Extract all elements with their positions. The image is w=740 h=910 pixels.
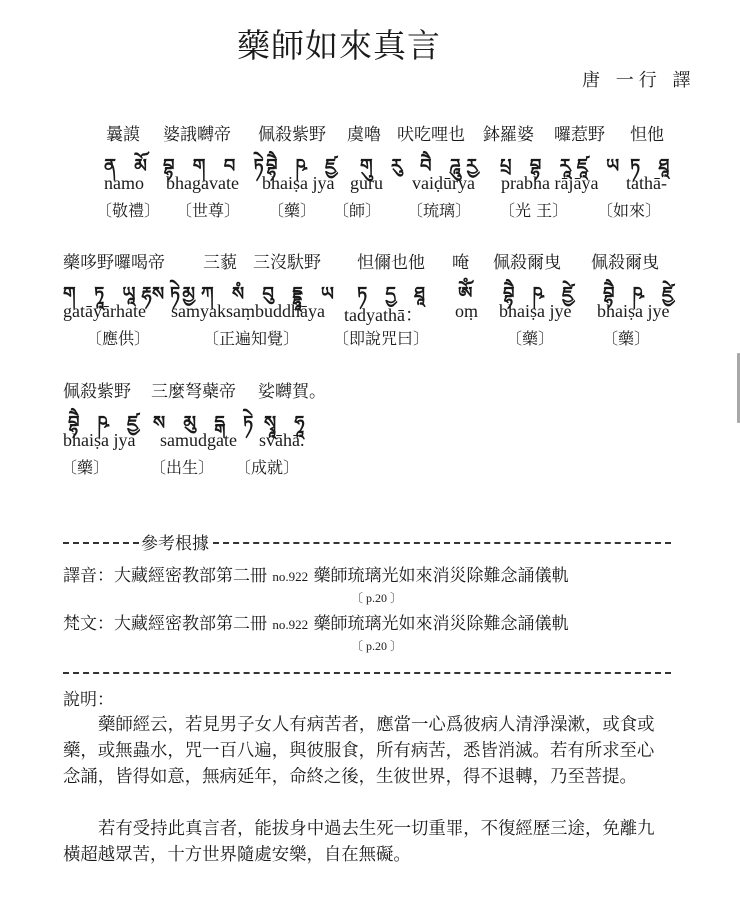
chinese-transliteration: 三沒馱野 — [253, 248, 321, 273]
romanized-sanskrit: bhaiṣa jya — [63, 430, 135, 451]
chinese-gloss: 〔藥〕 — [506, 326, 554, 349]
chinese-transliteration: 佩殺爾曳 — [493, 248, 561, 273]
chinese-transliteration: 婆誐嚩帝 — [163, 120, 231, 145]
romanized-sanskrit: svāhā. — [259, 430, 304, 451]
reference-label: 梵文：大藏經密教部第二冊 — [63, 614, 267, 634]
reference-number: no.922 — [272, 617, 308, 632]
chinese-gloss: 〔成就〕 — [235, 455, 299, 478]
reference-number: no.922 — [272, 569, 308, 584]
chinese-transliteration: 囉惹野 — [554, 120, 605, 145]
chinese-gloss: 〔藥〕 — [61, 455, 109, 478]
romanized-sanskrit: bhagavate — [166, 173, 239, 194]
romanized-sanskrit: bhaiṣa jye — [597, 301, 669, 322]
romanized-sanskrit: samudgate — [160, 430, 237, 451]
chinese-transliteration: 佩殺紫野 — [258, 120, 326, 145]
chinese-gloss: 〔世尊〕 — [176, 198, 240, 221]
chinese-gloss: 〔敬禮〕 — [96, 198, 160, 221]
explanation-paragraph: 藥師經云，若見男子女人有病苦者，應當一心爲彼病人清淨澡漱，或食或藥，或無蟲水，咒… — [63, 712, 663, 790]
romanized-sanskrit: tadyathā： — [344, 301, 423, 327]
chinese-gloss: 〔藥〕 — [602, 326, 650, 349]
reference-heading-row: 參考根據 — [63, 531, 671, 553]
chinese-transliteration: 怛儞也他 — [357, 248, 425, 273]
reference-page: 〔 p.20 〕 — [351, 637, 402, 654]
chinese-gloss: 〔應供〕 — [86, 326, 150, 349]
romanized-sanskrit: tathā- — [626, 173, 667, 194]
chinese-gloss: 〔師〕 — [333, 198, 381, 221]
romanized-sanskrit: namo — [104, 173, 144, 194]
romanized-sanskrit: prabha rājāya — [501, 173, 598, 194]
explanation-paragraph: 若有受持此真言者，能拔身中過去生死一切重罪，不復經歷三途，免離九橫超越眾苦，十方… — [63, 816, 663, 868]
chinese-gloss: 〔正遍知覺〕 — [203, 326, 299, 349]
chinese-gloss: 〔即說咒曰〕 — [333, 326, 429, 349]
reference-item: 譯音：大藏經密教部第二冊 no.922 藥師琉璃光如來消災除難念誦儀軌 — [63, 561, 569, 586]
reference-title: 藥師琉璃光如來消災除難念誦儀軌 — [314, 566, 569, 586]
chinese-transliteration: 三藐 — [203, 248, 237, 273]
chinese-transliteration: 佩殺爾曳 — [591, 248, 659, 273]
romanized-sanskrit: guru — [350, 173, 383, 194]
dashed-divider-left — [63, 542, 139, 544]
reference-page: 〔 p.20 〕 — [351, 589, 402, 606]
romanized-sanskrit: gatāyārhate — [63, 301, 146, 322]
chinese-transliteration: 虞嚕 — [347, 120, 381, 145]
explanation-heading: 說明： — [63, 685, 114, 710]
romanized-sanskrit: bhaiṣa jye — [499, 301, 571, 322]
romanized-sanskrit: samyaksaṃbuddhāya — [171, 301, 325, 322]
chinese-gloss: 〔如來〕 — [597, 198, 661, 221]
romanized-sanskrit: vaiḍūrya — [412, 173, 475, 194]
reference-item: 梵文：大藏經密教部第二冊 no.922 藥師琉璃光如來消災除難念誦儀軌 — [63, 609, 569, 634]
document-title: 藥師如來真言 — [237, 20, 441, 67]
chinese-gloss: 〔藥〕 — [268, 198, 316, 221]
dashed-divider-right — [213, 542, 671, 544]
chinese-transliteration: 怛他 — [630, 120, 664, 145]
reference-heading: 參考根據 — [141, 529, 209, 554]
chinese-transliteration: 曩謨 — [106, 120, 140, 145]
romanized-sanskrit: oṃ — [455, 301, 478, 322]
chinese-transliteration: 娑嚩賀。 — [258, 377, 326, 402]
chinese-gloss: 〔光 王〕 — [499, 198, 568, 221]
reference-label: 譯音：大藏經密教部第二冊 — [63, 566, 267, 586]
romanized-sanskrit: bhaiṣa jya — [262, 173, 334, 194]
translator-credit: 唐 一行 譯 — [582, 66, 695, 92]
chinese-transliteration: 唵 — [452, 248, 469, 273]
chinese-transliteration: 藥哆野囉喝帝 — [63, 248, 165, 273]
chinese-transliteration: 吠吃哩也 — [397, 120, 465, 145]
dashed-divider — [63, 672, 671, 674]
chinese-transliteration: 三麼弩蘗帝 — [151, 377, 236, 402]
reference-title: 藥師琉璃光如來消災除難念誦儀軌 — [314, 614, 569, 634]
chinese-transliteration: 鉢羅婆 — [483, 120, 534, 145]
chinese-gloss: 〔出生〕 — [150, 455, 214, 478]
chinese-gloss: 〔琉璃〕 — [407, 198, 471, 221]
chinese-transliteration: 佩殺紫野 — [63, 377, 131, 402]
